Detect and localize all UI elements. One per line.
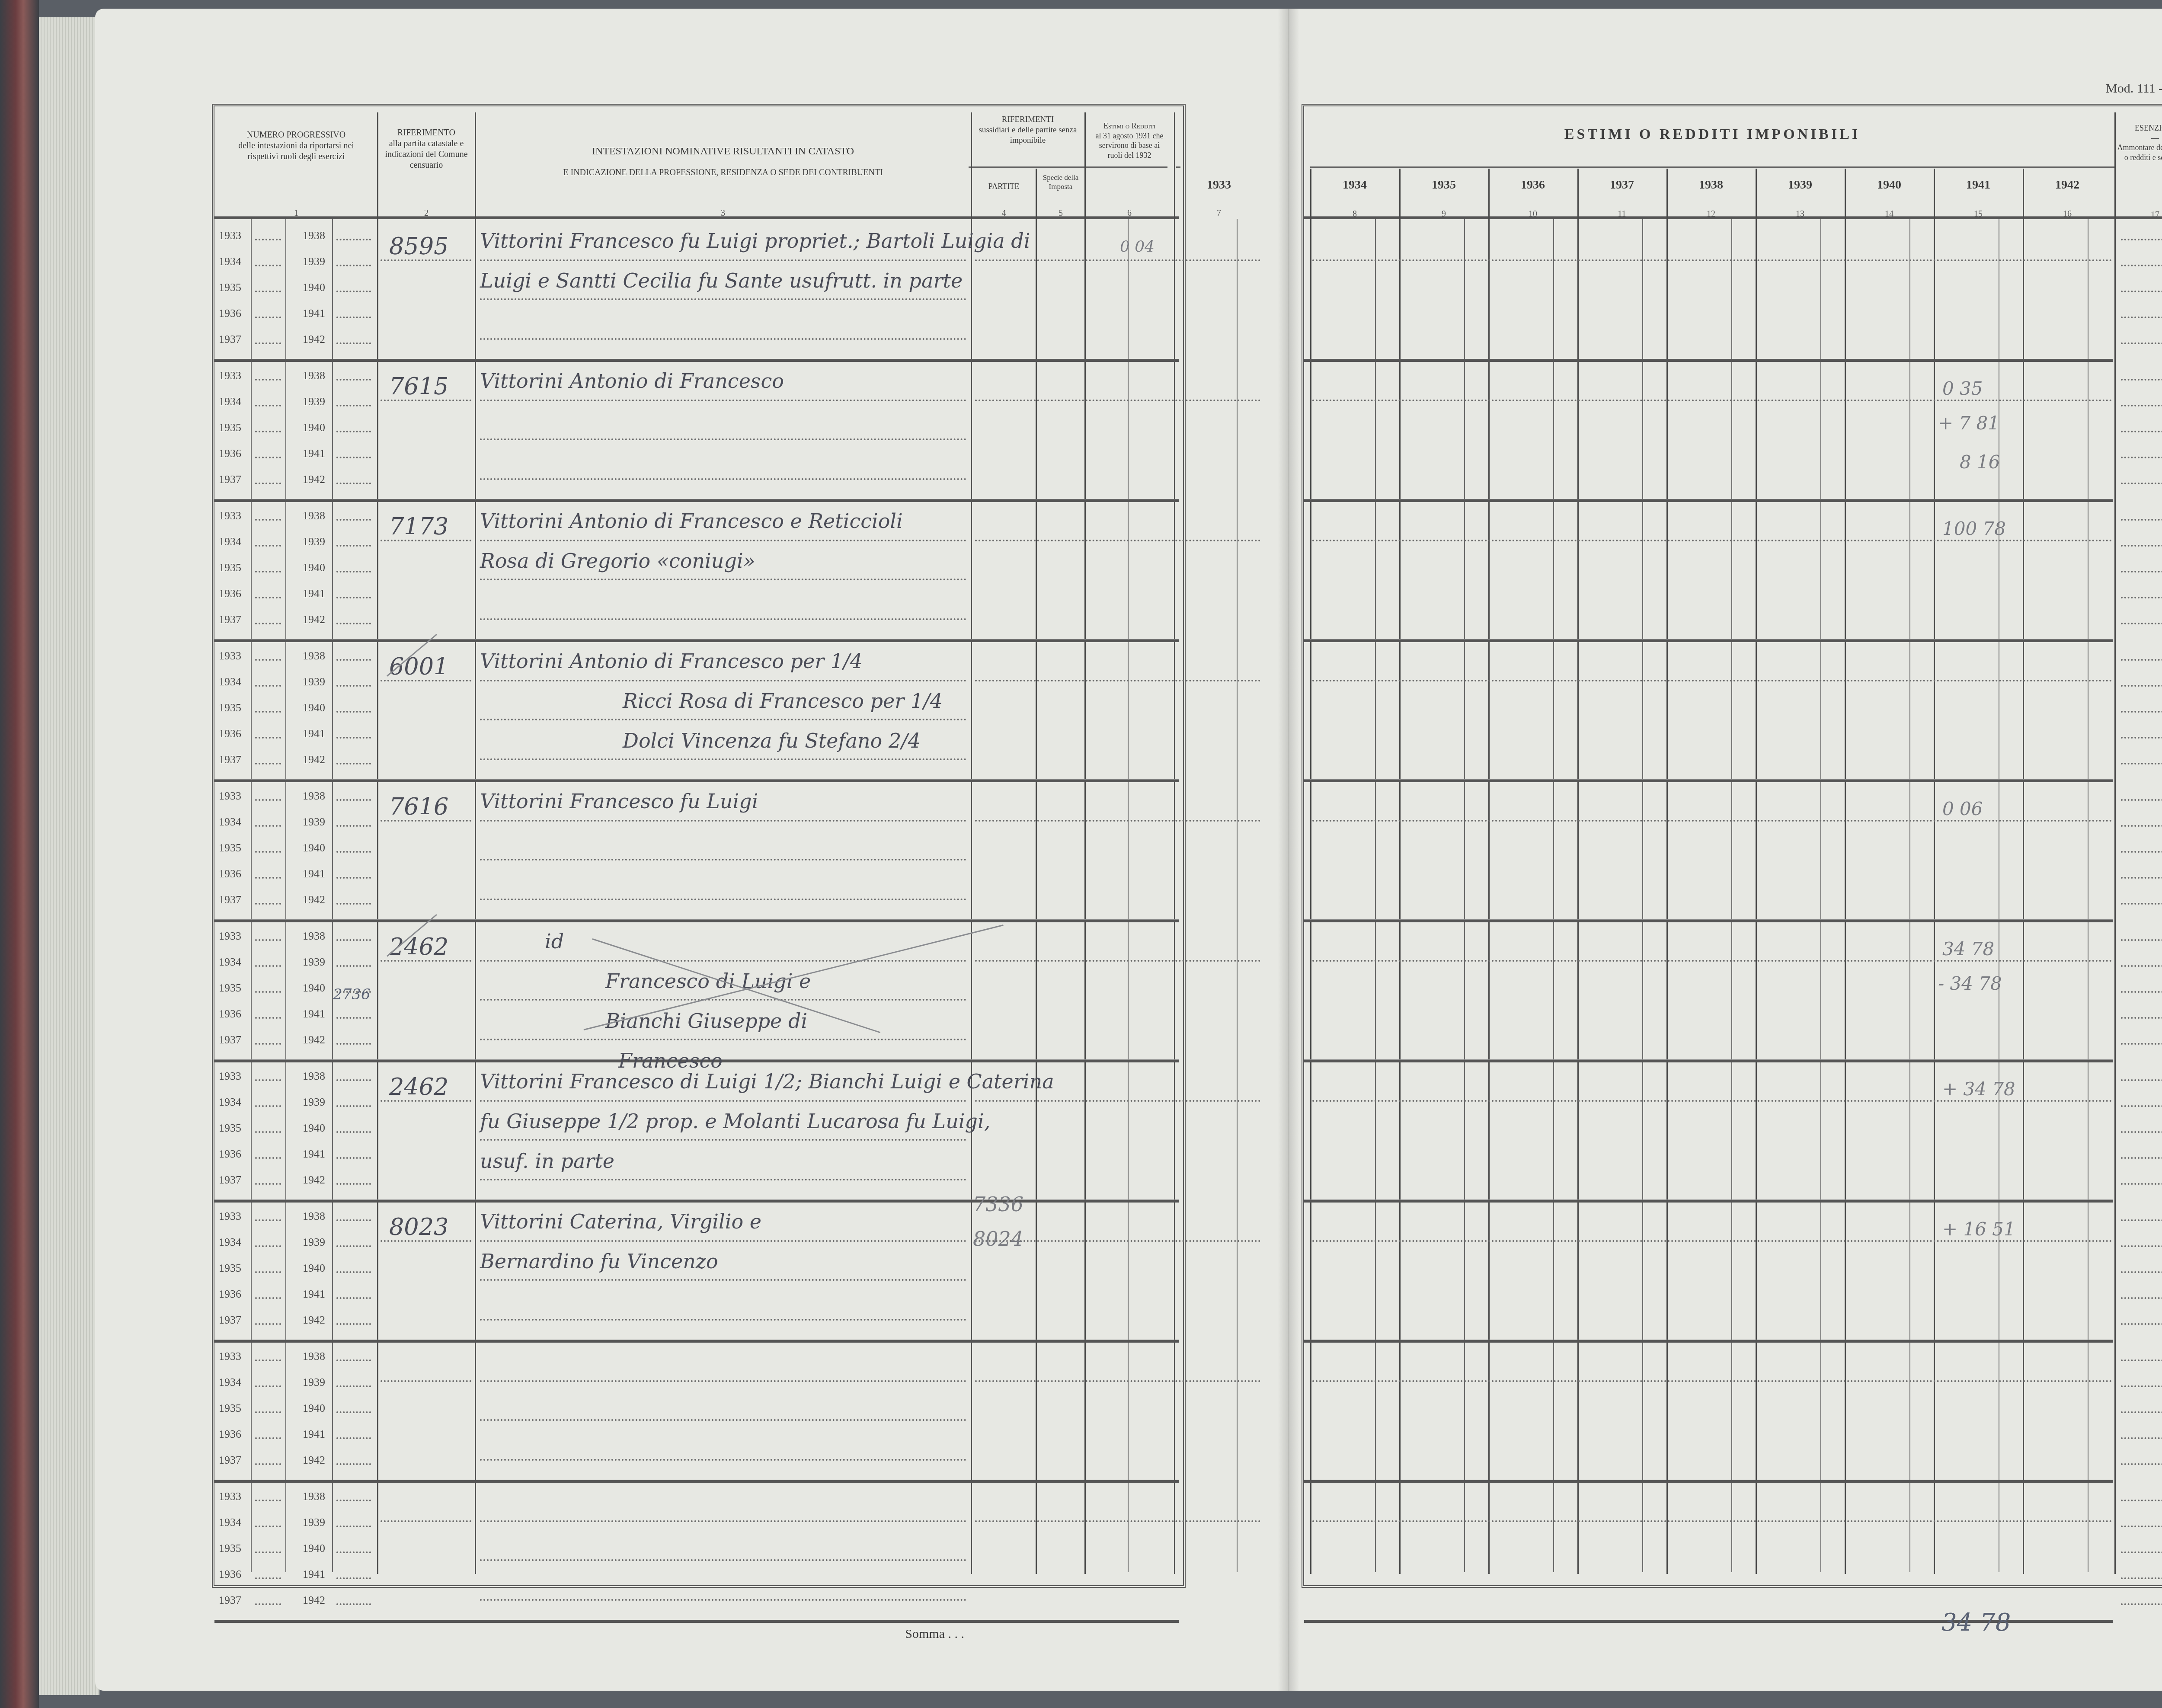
dotted-leader bbox=[2121, 291, 2162, 292]
year-right: 1942 bbox=[303, 893, 325, 906]
year-left: 1935 bbox=[219, 561, 241, 574]
year-right: 1941 bbox=[303, 867, 325, 880]
dotted-leader bbox=[2121, 1603, 2162, 1605]
dotted-line bbox=[975, 1100, 1260, 1102]
dotted-leader bbox=[2121, 623, 2162, 624]
col-subdivider bbox=[1909, 219, 1910, 1572]
dotted-leader bbox=[255, 1577, 281, 1579]
dotted-leader bbox=[2121, 1359, 2162, 1361]
dotted-leader bbox=[336, 1577, 371, 1579]
year-right: 1939 bbox=[303, 255, 325, 268]
row-rule bbox=[1304, 1059, 2113, 1062]
dotted-leader bbox=[336, 939, 371, 941]
year-left: 1935 bbox=[219, 982, 241, 995]
year-right: 1942 bbox=[303, 1594, 325, 1607]
year-left: 1933 bbox=[219, 1490, 241, 1503]
dotted-line bbox=[975, 540, 1260, 541]
subheader-rule-years bbox=[1310, 166, 2114, 168]
year-left: 1935 bbox=[219, 1122, 241, 1135]
year-left: 1936 bbox=[219, 587, 241, 600]
dotted-leader bbox=[336, 1131, 371, 1133]
dotted-leader bbox=[336, 825, 371, 827]
dotted-leader bbox=[2121, 939, 2162, 941]
header-esenzioni-title: ESENZIONI bbox=[2116, 123, 2162, 133]
dotted-line bbox=[480, 1139, 966, 1141]
dotted-line bbox=[480, 579, 966, 580]
dotted-leader bbox=[255, 1323, 281, 1325]
dotted-leader bbox=[336, 571, 371, 573]
header-partite: PARTITE bbox=[972, 182, 1035, 192]
dotted-line bbox=[1312, 820, 2112, 822]
dotted-leader bbox=[336, 685, 371, 687]
dotted-line bbox=[1312, 960, 2112, 962]
col-divider bbox=[1084, 112, 1086, 1574]
col-subdivider bbox=[285, 219, 286, 1572]
col-subdivider bbox=[1237, 219, 1238, 1572]
year-right: 1939 bbox=[303, 956, 325, 969]
col-subdivider bbox=[1464, 219, 1465, 1572]
contributor-line: Vittorini Caterina, Virgilio e bbox=[480, 1210, 761, 1233]
contributor-line: Vittorini Antonio di Francesco e Reticci… bbox=[480, 509, 903, 533]
col-subdivider bbox=[1642, 219, 1643, 1572]
year-right: 1941 bbox=[303, 1568, 325, 1581]
dotted-leader bbox=[2121, 1157, 2162, 1159]
year-right: 1941 bbox=[303, 1148, 325, 1161]
dotted-leader bbox=[336, 1219, 371, 1221]
col-divider bbox=[1399, 169, 1401, 1574]
dotted-line bbox=[480, 1319, 966, 1321]
dotted-leader bbox=[336, 851, 371, 853]
year-right: 1940 bbox=[303, 1262, 325, 1275]
dotted-leader bbox=[2121, 457, 2162, 458]
row-rule bbox=[214, 919, 1179, 922]
dotted-line bbox=[480, 960, 966, 962]
col-divider bbox=[1036, 169, 1037, 1574]
dotted-leader bbox=[336, 1437, 371, 1439]
dotted-leader bbox=[2121, 1245, 2162, 1247]
year-right: 1939 bbox=[303, 1516, 325, 1529]
dotted-leader bbox=[2121, 571, 2162, 573]
dotted-line bbox=[480, 899, 966, 900]
col-number: 5 bbox=[1037, 208, 1084, 218]
header-estimi-1931-title: Estimi o Redditi bbox=[1086, 121, 1173, 131]
col-divider bbox=[1845, 169, 1846, 1574]
dotted-leader bbox=[336, 1079, 371, 1081]
year-right: 1938 bbox=[303, 1070, 325, 1083]
dotted-leader bbox=[2121, 991, 2162, 993]
col-divider bbox=[475, 112, 476, 1574]
year-right: 1940 bbox=[303, 561, 325, 574]
year-right: 1938 bbox=[303, 930, 325, 943]
year-right: 1942 bbox=[303, 613, 325, 626]
year-right: 1940 bbox=[303, 701, 325, 714]
dotted-leader bbox=[255, 965, 281, 967]
contributor-line: fu Giuseppe 1/2 prop. e Molanti Lucarosa… bbox=[480, 1110, 990, 1133]
col-subdivider bbox=[2088, 219, 2088, 1572]
dotted-line bbox=[480, 1039, 966, 1040]
dotted-leader bbox=[255, 1245, 281, 1247]
year-left: 1937 bbox=[219, 333, 241, 346]
contributor-line: Vittorini Francesco di Luigi 1/2; Bianch… bbox=[480, 1070, 1054, 1093]
value-1941: 0 35 bbox=[1942, 378, 1983, 399]
dotted-leader bbox=[336, 1105, 371, 1107]
dotted-leader bbox=[2121, 239, 2162, 240]
row-rule bbox=[214, 639, 1179, 642]
subheader-rule-riferimenti bbox=[969, 166, 1167, 168]
year-right: 1942 bbox=[303, 1033, 325, 1046]
dotted-leader bbox=[255, 763, 281, 764]
row-rule bbox=[1304, 639, 2113, 642]
dotted-leader bbox=[255, 239, 281, 240]
col-number: 9 bbox=[1399, 209, 1488, 219]
dotted-leader bbox=[336, 239, 371, 240]
dotted-line bbox=[975, 1520, 1260, 1522]
year-right: 1940 bbox=[303, 421, 325, 434]
dotted-leader bbox=[2121, 1526, 2162, 1527]
contributor-line: Dolci Vincenza fu Stefano 2/4 bbox=[623, 729, 921, 752]
dotted-leader bbox=[2121, 265, 2162, 266]
year-left: 1934 bbox=[219, 535, 241, 548]
dotted-line bbox=[975, 259, 1260, 261]
dotted-leader bbox=[2121, 711, 2162, 713]
dotted-leader bbox=[2121, 379, 2162, 381]
year-right: 1942 bbox=[303, 333, 325, 346]
col-subdivider bbox=[251, 219, 252, 1572]
col-number: 3 bbox=[477, 208, 969, 218]
dotted-line bbox=[1312, 259, 2112, 261]
dotted-line bbox=[975, 680, 1260, 681]
dotted-leader bbox=[336, 379, 371, 381]
col-number: 10 bbox=[1488, 209, 1577, 219]
dotted-leader bbox=[2121, 877, 2162, 879]
year-right: 1939 bbox=[303, 1376, 325, 1389]
year-left: 1935 bbox=[219, 1262, 241, 1275]
dotted-leader bbox=[255, 379, 281, 381]
row-rule bbox=[214, 499, 1179, 502]
dotted-leader bbox=[255, 1500, 281, 1501]
dotted-leader bbox=[2121, 1437, 2162, 1439]
partita-number: 8595 bbox=[389, 233, 448, 260]
year-right: 1939 bbox=[303, 395, 325, 408]
dotted-leader bbox=[2121, 799, 2162, 801]
dotted-leader bbox=[255, 1526, 281, 1527]
dotted-leader bbox=[2121, 1463, 2162, 1465]
dotted-leader bbox=[336, 1245, 371, 1247]
contributor-line: Bianchi Giuseppe di bbox=[605, 1009, 807, 1033]
year-right: 1942 bbox=[303, 1174, 325, 1187]
dotted-leader bbox=[336, 659, 371, 661]
col-subdivider bbox=[332, 219, 333, 1572]
header-col2-title: RIFERIMENTO bbox=[379, 128, 474, 138]
dotted-line bbox=[480, 478, 966, 480]
year-left: 1936 bbox=[219, 1008, 241, 1020]
dotted-leader bbox=[2121, 1385, 2162, 1387]
header-estimi-imponibili: ESTIMI O REDDITI IMPONIBILI bbox=[1310, 125, 2114, 144]
contributor-line: Vittorini Antonio di Francesco bbox=[480, 369, 784, 393]
dotted-leader bbox=[336, 405, 371, 406]
dotted-leader bbox=[255, 877, 281, 879]
col-divider bbox=[971, 112, 972, 1574]
dotted-leader bbox=[2121, 1043, 2162, 1045]
dotted-leader bbox=[336, 965, 371, 967]
year-right: 1938 bbox=[303, 790, 325, 803]
dotted-leader bbox=[336, 1359, 371, 1361]
year-right: 1938 bbox=[303, 369, 325, 382]
year-left: 1935 bbox=[219, 1402, 241, 1415]
year-left: 1936 bbox=[219, 1568, 241, 1581]
dotted-leader bbox=[255, 483, 281, 484]
row-rule bbox=[214, 1340, 1179, 1343]
year-left: 1936 bbox=[219, 1288, 241, 1301]
value-1941-adjust: + 7 81 bbox=[1938, 413, 1999, 434]
dotted-leader bbox=[255, 457, 281, 458]
dotted-leader bbox=[255, 571, 281, 573]
left-table-frame bbox=[212, 104, 1186, 1588]
row-rule bbox=[1304, 1480, 2113, 1483]
book-cover-edge bbox=[0, 0, 39, 1708]
year-left: 1933 bbox=[219, 1070, 241, 1083]
dotted-line bbox=[480, 1240, 966, 1242]
dotted-line bbox=[480, 259, 966, 261]
dotted-leader bbox=[336, 711, 371, 713]
year-left: 1937 bbox=[219, 893, 241, 906]
year-left: 1933 bbox=[219, 930, 241, 943]
year-left: 1935 bbox=[219, 1542, 241, 1555]
col-divider bbox=[1488, 169, 1490, 1574]
year-left: 1934 bbox=[219, 816, 241, 828]
contributor-line: Vittorini Antonio di Francesco per 1/4 bbox=[480, 649, 863, 673]
value-col6: 0 04 bbox=[1120, 238, 1155, 256]
contributor-line: usuf. in parte bbox=[480, 1149, 614, 1173]
year-right: 1941 bbox=[303, 307, 325, 320]
dotted-leader bbox=[2121, 851, 2162, 853]
dotted-leader bbox=[255, 431, 281, 432]
year-left: 1933 bbox=[219, 790, 241, 803]
year-right: 1941 bbox=[303, 1428, 325, 1441]
year-right: 1942 bbox=[303, 1454, 325, 1467]
year-right: 1939 bbox=[303, 816, 325, 828]
dotted-leader bbox=[255, 1043, 281, 1045]
header-year-1939: 1939 bbox=[1756, 177, 1845, 192]
dotted-leader bbox=[255, 711, 281, 713]
col-divider bbox=[1577, 169, 1579, 1574]
dotted-leader bbox=[255, 1219, 281, 1221]
dotted-leader bbox=[2121, 431, 2162, 432]
dotted-leader bbox=[255, 1603, 281, 1605]
header-year-1940: 1940 bbox=[1845, 177, 1934, 192]
col-number: 13 bbox=[1756, 209, 1845, 219]
year-left: 1934 bbox=[219, 675, 241, 688]
col-divider bbox=[1934, 169, 1935, 1574]
dotted-line bbox=[480, 1100, 966, 1102]
dotted-leader bbox=[336, 877, 371, 879]
dotted-leader bbox=[2121, 1017, 2162, 1019]
partite-ref: 8024 bbox=[973, 1227, 1023, 1251]
dotted-leader bbox=[2121, 1219, 2162, 1221]
header-esenzioni: ESENZIONI — Ammontare degli estimi o red… bbox=[2116, 123, 2162, 162]
dotted-line bbox=[1312, 680, 2112, 681]
dotted-line bbox=[480, 298, 966, 300]
dotted-leader bbox=[336, 1271, 371, 1273]
year-left: 1937 bbox=[219, 1594, 241, 1607]
dotted-leader bbox=[2121, 1577, 2162, 1579]
dotted-leader bbox=[336, 1385, 371, 1387]
year-right: 1940 bbox=[303, 281, 325, 294]
header-col1-sub: delle intestazioni da riportarsi nei ris… bbox=[216, 141, 376, 162]
dotted-line bbox=[975, 1380, 1260, 1382]
header-col1-title: NUMERO PROGRESSIVO bbox=[216, 130, 376, 141]
dotted-leader bbox=[336, 483, 371, 484]
subheader-rule-1933 bbox=[1176, 166, 1180, 168]
year-right: 1938 bbox=[303, 509, 325, 522]
dotted-leader bbox=[2121, 545, 2162, 547]
dotted-leader bbox=[255, 685, 281, 687]
dotted-leader bbox=[2121, 1297, 2162, 1299]
col-number: 16 bbox=[2023, 209, 2112, 219]
dotted-line bbox=[1312, 1520, 2112, 1522]
dotted-leader bbox=[336, 431, 371, 432]
year-right: 1941 bbox=[303, 727, 325, 740]
header-col3: INTESTAZIONI NOMINATIVE RISULTANTI IN CA… bbox=[477, 145, 969, 178]
dotted-line bbox=[381, 1380, 471, 1382]
dotted-line bbox=[480, 758, 966, 760]
dotted-leader bbox=[255, 1183, 281, 1185]
dotted-leader bbox=[336, 1157, 371, 1159]
col-subdivider bbox=[1128, 219, 1129, 1572]
dotted-leader bbox=[336, 1411, 371, 1413]
dotted-leader bbox=[2121, 317, 2162, 318]
header-col2: RIFERIMENTO alla partita catastale e ind… bbox=[379, 128, 474, 171]
dotted-leader bbox=[255, 519, 281, 521]
dotted-leader bbox=[2121, 685, 2162, 687]
year-right: 1941 bbox=[303, 1008, 325, 1020]
year-left: 1933 bbox=[219, 1350, 241, 1363]
col-divider bbox=[2114, 112, 2116, 1574]
dotted-leader bbox=[255, 1157, 281, 1159]
dotted-leader bbox=[336, 265, 371, 266]
dotted-leader bbox=[336, 1526, 371, 1527]
dotted-leader bbox=[2121, 1323, 2162, 1325]
contributor-line: Vittorini Francesco fu Luigi bbox=[480, 790, 758, 813]
col-number: 11 bbox=[1577, 209, 1666, 219]
dotted-leader bbox=[2121, 1131, 2162, 1133]
dotted-leader bbox=[336, 342, 371, 344]
col-subdivider bbox=[1820, 219, 1821, 1572]
value-1941: 0 06 bbox=[1942, 798, 1983, 819]
year-left: 1937 bbox=[219, 1314, 241, 1327]
dotted-leader bbox=[336, 799, 371, 801]
dotted-leader bbox=[2121, 597, 2162, 598]
col-number: 12 bbox=[1666, 209, 1756, 219]
dotted-leader bbox=[255, 1411, 281, 1413]
year-left: 1936 bbox=[219, 307, 241, 320]
year-left: 1934 bbox=[219, 1236, 241, 1249]
dotted-leader bbox=[255, 1017, 281, 1019]
header-riferimenti: RIFERIMENTI sussidiari e delle partite s… bbox=[972, 115, 1083, 145]
dotted-leader bbox=[255, 623, 281, 624]
header-riferimenti-sub: sussidiari e delle partite senza imponib… bbox=[972, 125, 1083, 146]
year-left: 1935 bbox=[219, 701, 241, 714]
dotted-line bbox=[480, 820, 966, 822]
year-left: 1937 bbox=[219, 753, 241, 766]
dotted-leader bbox=[336, 1183, 371, 1185]
contributor-line: Luigi e Santti Cecilia fu Sante usufrutt… bbox=[480, 269, 963, 292]
col-number: 2 bbox=[379, 208, 474, 218]
row-rule bbox=[214, 1199, 1179, 1203]
somma-label: Somma . . . bbox=[822, 1626, 964, 1642]
row-rule bbox=[1304, 359, 2113, 362]
year-left: 1934 bbox=[219, 395, 241, 408]
dotted-leader bbox=[2121, 342, 2162, 344]
year-left: 1934 bbox=[219, 1096, 241, 1109]
dotted-line bbox=[480, 540, 966, 541]
row-rule bbox=[214, 779, 1179, 782]
year-right: 1941 bbox=[303, 587, 325, 600]
header-riferimenti-title: RIFERIMENTI bbox=[972, 115, 1083, 125]
dotted-line bbox=[480, 618, 966, 620]
dotted-leader bbox=[336, 291, 371, 292]
dotted-line bbox=[1312, 400, 2112, 401]
year-left: 1933 bbox=[219, 369, 241, 382]
col-number: 4 bbox=[972, 208, 1035, 218]
dotted-leader bbox=[255, 939, 281, 941]
dotted-line bbox=[381, 1520, 471, 1522]
dotted-leader bbox=[336, 737, 371, 739]
year-left: 1933 bbox=[219, 649, 241, 662]
year-right: 1938 bbox=[303, 229, 325, 242]
contributor-line: Rosa di Gregorio «coniugi» bbox=[480, 549, 755, 573]
dotted-leader bbox=[255, 1079, 281, 1081]
dotted-leader bbox=[255, 825, 281, 827]
dotted-leader bbox=[255, 1437, 281, 1439]
row-rule bbox=[1304, 1199, 2113, 1203]
year-right: 1942 bbox=[303, 753, 325, 766]
dotted-line bbox=[480, 680, 966, 681]
somma-value-1941: 34 78 bbox=[1941, 1609, 2011, 1637]
year-right: 1939 bbox=[303, 675, 325, 688]
dotted-leader bbox=[2121, 1079, 2162, 1081]
year-right: 1938 bbox=[303, 1210, 325, 1223]
contributor-line: Ricci Rosa di Francesco per 1/4 bbox=[623, 689, 943, 713]
year-right: 1939 bbox=[303, 1096, 325, 1109]
year-right: 1942 bbox=[303, 473, 325, 486]
dotted-line bbox=[975, 960, 1260, 962]
col-divider bbox=[2023, 169, 2024, 1574]
header-year-1934: 1934 bbox=[1310, 177, 1399, 192]
dotted-leader bbox=[2121, 1105, 2162, 1107]
year-right: 1940 bbox=[303, 982, 325, 995]
col-divider bbox=[1756, 169, 1757, 1574]
dotted-leader bbox=[2121, 825, 2162, 827]
dotted-line bbox=[480, 1380, 966, 1382]
year-right: 1938 bbox=[303, 649, 325, 662]
dotted-leader bbox=[2121, 1183, 2162, 1185]
dotted-line bbox=[480, 1179, 966, 1180]
dotted-line bbox=[480, 1279, 966, 1281]
dotted-leader bbox=[2121, 737, 2162, 739]
partita-number: 8023 bbox=[389, 1213, 448, 1241]
year-left: 1935 bbox=[219, 281, 241, 294]
dotted-leader bbox=[2121, 483, 2162, 484]
year-left: 1934 bbox=[219, 1376, 241, 1389]
year-left: 1933 bbox=[219, 229, 241, 242]
dotted-leader bbox=[336, 1297, 371, 1299]
partita-number: 2462 bbox=[389, 1073, 448, 1100]
year-left: 1937 bbox=[219, 1174, 241, 1187]
col-subdivider bbox=[1731, 219, 1732, 1572]
dotted-leader bbox=[2121, 1411, 2162, 1413]
header-esenzioni-sub: Ammontare degli estimi o redditi e scade… bbox=[2116, 143, 2162, 162]
